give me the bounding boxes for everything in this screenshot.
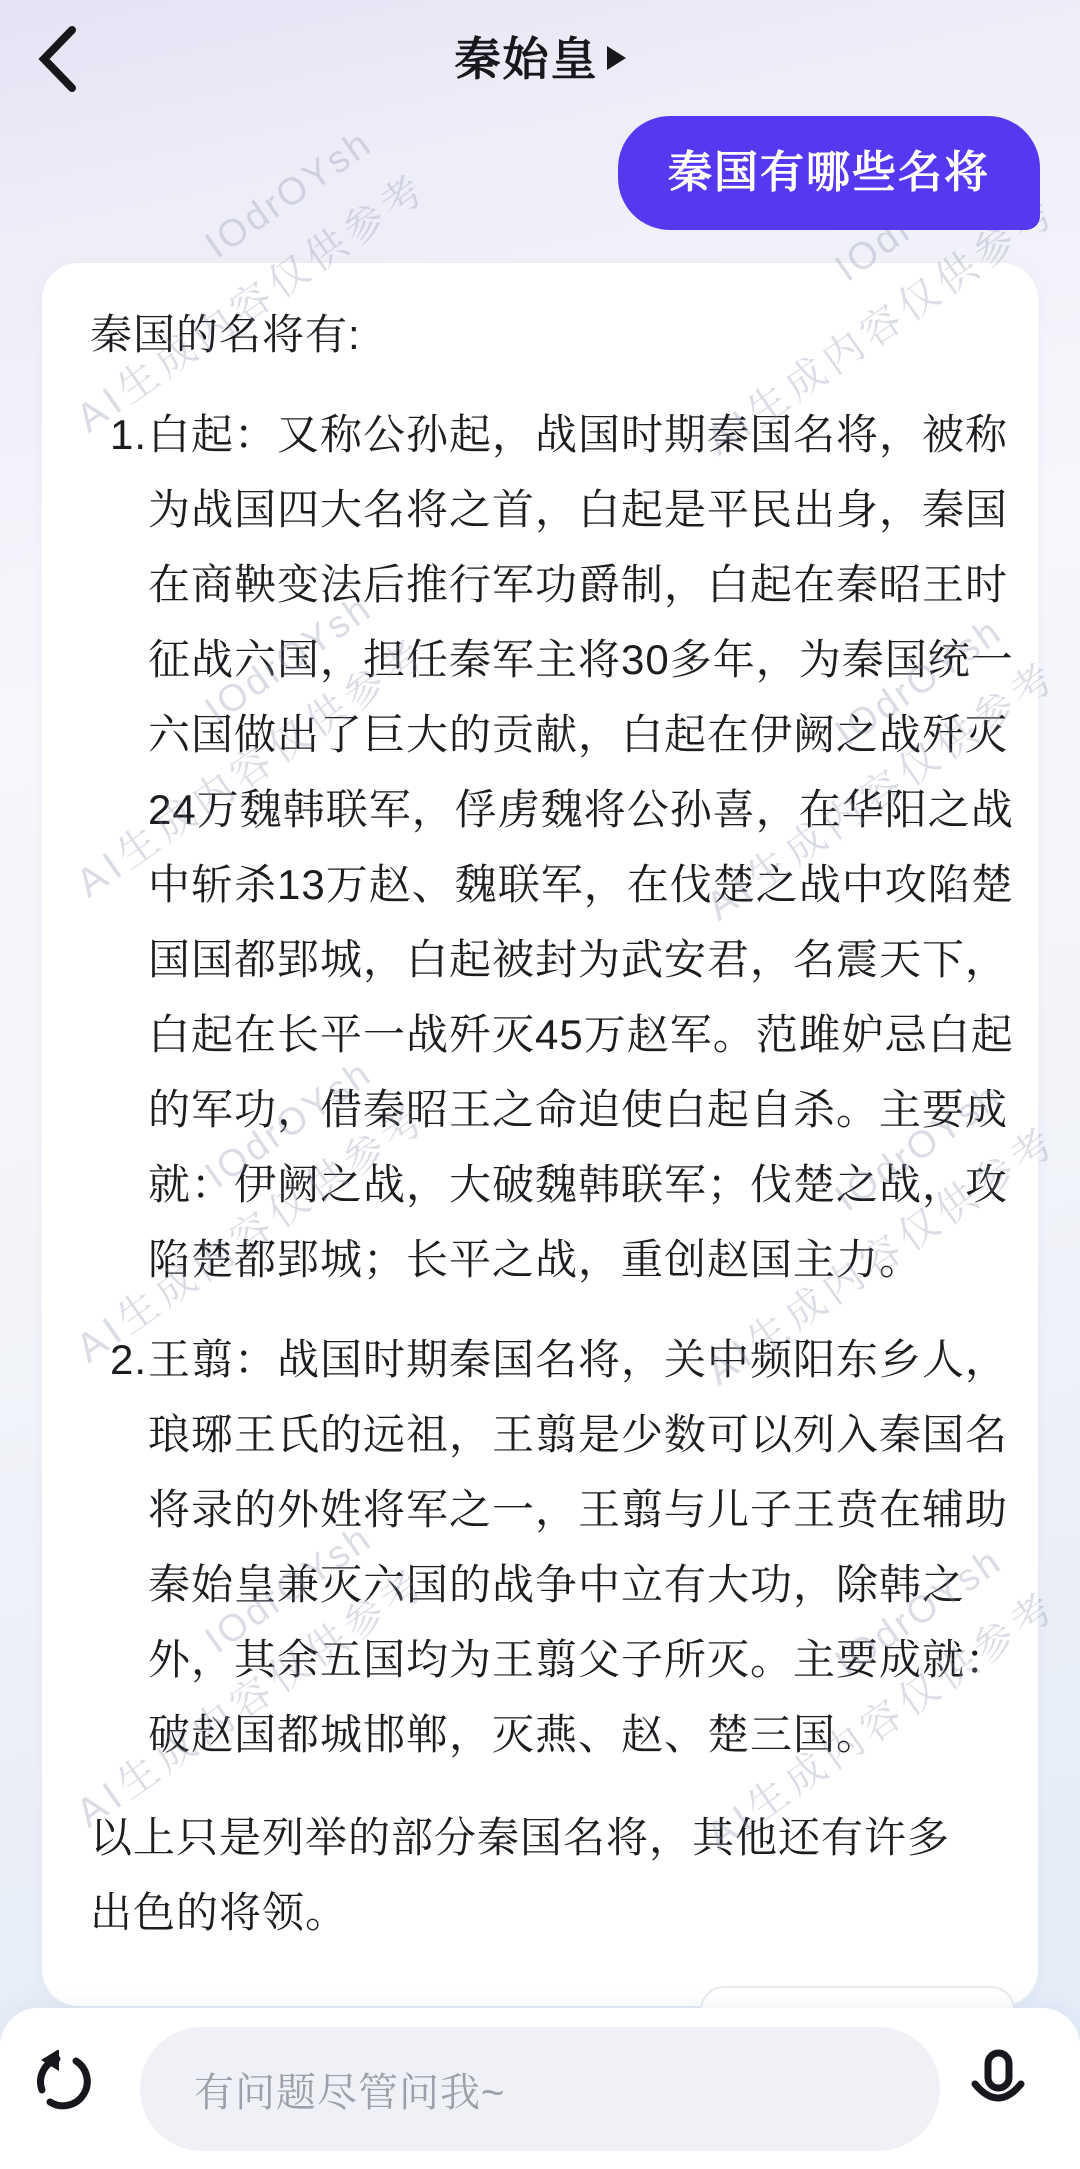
refresh-icon: [32, 2050, 96, 2114]
page-title-text: 秦始皇: [455, 23, 599, 89]
triangle-right-icon: [607, 46, 626, 70]
message-input-placeholder: 有问题尽管问我~: [194, 2061, 505, 2118]
list-item-text: 王翦：战国时期秦国名将，关中频阳东乡人，琅琊王氏的远祖，王翦是少数可以列入秦国名…: [148, 1336, 1008, 1758]
list-item-wangjian: 2. 王翦：战国时期秦国名将，关中频阳东乡人，琅琊王氏的远祖，王翦是少数可以列入…: [90, 1322, 1016, 1772]
chat-screen: 秦始皇 秦国有哪些名将 秦国的名将有: 1. 白起：又称公孙起，战国时期秦国名将…: [0, 0, 1080, 2169]
header: 秦始皇: [0, 0, 1080, 112]
list-item-baiqi: 1. 白起：又称公孙起，战国时期秦国名将，被称为战国四大名将之首，白起是平民出身…: [90, 397, 1016, 1297]
list-item-number: 1.: [110, 397, 147, 472]
message-input[interactable]: 有问题尽管问我~: [140, 2027, 940, 2151]
ai-response-closing: 以上只是列举的部分秦国名将，其他还有许多出色的将领。: [90, 1800, 1016, 1950]
regenerate-button[interactable]: [32, 2050, 96, 2114]
user-message-text: 秦国有哪些名将: [668, 148, 990, 197]
input-panel: 有问题尽管问我~: [0, 2008, 1080, 2169]
ai-response-card[interactable]: 秦国的名将有: 1. 白起：又称公孙起，战国时期秦国名将，被称为战国四大名将之首…: [42, 263, 1038, 2006]
list-item-text: 白起：又称公孙起，战国时期秦国名将，被称为战国四大名将之首，白起是平民出身，秦国…: [148, 411, 1014, 1283]
user-message-bubble[interactable]: 秦国有哪些名将: [618, 116, 1040, 230]
page-title[interactable]: 秦始皇: [0, 0, 1080, 112]
ai-response-intro: 秦国的名将有:: [90, 297, 1016, 372]
voice-input-button[interactable]: [966, 2048, 1030, 2114]
generals-list: 1. 白起：又称公孙起，战国时期秦国名将，被称为战国四大名将之首，白起是平民出身…: [90, 397, 1016, 1772]
list-item-number: 2.: [110, 1322, 147, 1397]
microphone-icon: [966, 2048, 1030, 2114]
